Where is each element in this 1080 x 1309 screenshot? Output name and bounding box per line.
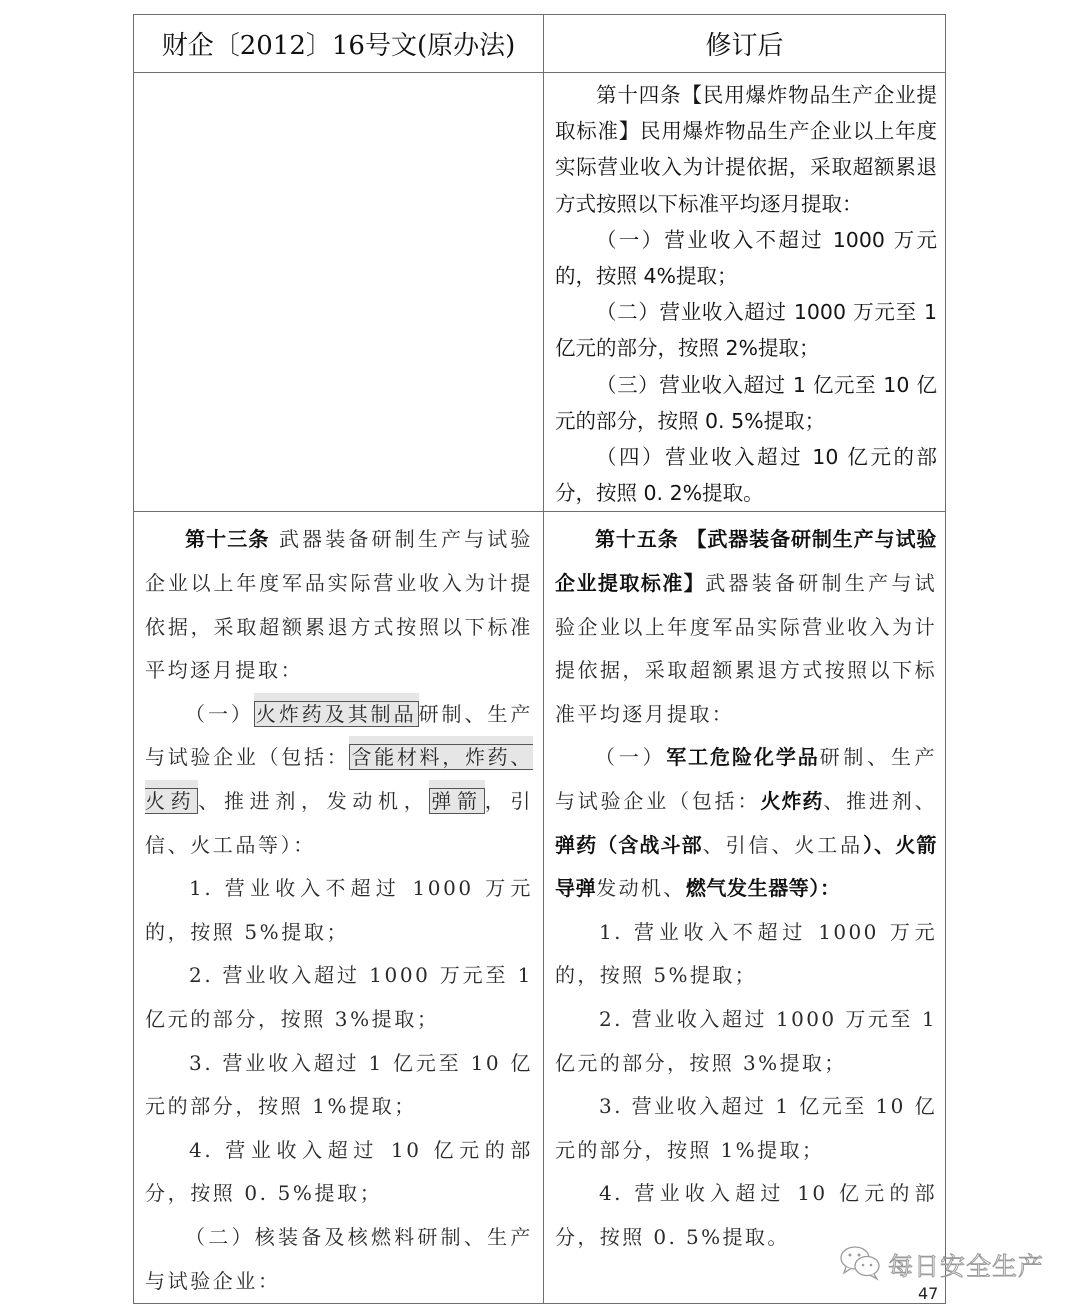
- wechat-icon: [838, 1243, 884, 1287]
- watermark-text: 每日安全生产: [888, 1247, 1044, 1283]
- category-prefix: （一）: [185, 702, 254, 726]
- cell-revised-article-14: 第十四条【民用爆炸物品生产企业提取标准】民用爆炸物品生产企业以上年度实际营业收入…: [544, 73, 946, 512]
- category-paragraph: （二）核装备及核燃料研制、生产与试验企业：: [145, 1216, 533, 1303]
- header-original: 财企〔2012〕16号文(原办法): [134, 15, 544, 73]
- table-row: 第十四条【民用爆炸物品生产企业提取标准】民用爆炸物品生产企业以上年度实际营业收入…: [134, 73, 946, 512]
- article-paragraph: 第十三条 武器装备研制生产与试验企业以上年度军品实际营业收入为计提依据，采取超额…: [145, 518, 533, 692]
- list-item: 1. 营业收入不超过 1000 万元的，按照 5%提取；: [145, 867, 533, 954]
- comparison-table: 财企〔2012〕16号文(原办法) 修订后 第十四条【民用爆炸物品生产企业提取标…: [133, 14, 946, 1304]
- list-item: （三）营业收入超过 1 亿元至 10 亿元的部分，按照 0. 5%提取；: [555, 367, 937, 439]
- category-text: 、推进剂、: [823, 789, 937, 813]
- article-paragraph: 第十四条【民用爆炸物品生产企业提取标准】民用爆炸物品生产企业以上年度实际营业收入…: [555, 77, 937, 222]
- list-item: 2. 营业收入超过 1000 万元至 1 亿元的部分，按照 3%提取；: [555, 998, 937, 1085]
- category-text: 发动机、: [596, 876, 686, 900]
- header-revised: 修订后: [544, 15, 946, 73]
- category-paragraph: （一）军工危险化学品研制、生产与试验企业（包括：火炸药、推进剂、弹药（含战斗部、…: [555, 736, 937, 910]
- category-prefix: （一）: [595, 745, 666, 769]
- list-item: （二）营业收入超过 1000 万元至 1 亿元的部分，按照 2%提取；: [555, 294, 937, 366]
- cell-original-empty: [134, 73, 544, 512]
- bold-term: 火炸药: [760, 789, 823, 813]
- list-item: 1. 营业收入不超过 1000 万元的，按照 5%提取；: [555, 911, 937, 998]
- table-header-row: 财企〔2012〕16号文(原办法) 修订后: [134, 15, 946, 73]
- page-number: 47: [918, 1284, 938, 1303]
- list-item: 3. 营业收入超过 1 亿元至 10 亿元的部分，按照 1%提取；: [145, 1042, 533, 1129]
- highlighted-term: 火炸药及其制品: [254, 701, 419, 727]
- category-text: 、引信、火工品: [703, 833, 863, 857]
- category-text: 、推进剂，发动机，: [198, 789, 429, 813]
- list-item: 4. 营业收入超过 10 亿元的部分，按照 0. 5%提取；: [145, 1129, 533, 1216]
- highlighted-term: 弹箭: [429, 788, 484, 814]
- cell-revised-article-15: 第十五条 【武器装备研制生产与试验企业提取标准】武器装备研制生产与试验企业以上年…: [544, 512, 946, 1304]
- bold-term: 燃气发生器等）：: [686, 876, 841, 900]
- list-item: （四）营业收入超过 10 亿元的部分，按照 0. 2%提取。: [555, 439, 937, 511]
- article-paragraph: 第十五条 【武器装备研制生产与试验企业提取标准】武器装备研制生产与试验企业以上年…: [555, 518, 937, 736]
- list-item: 2. 营业收入超过 1000 万元至 1 亿元的部分，按照 3%提取；: [145, 954, 533, 1041]
- cell-original-article-13: 第十三条 武器装备研制生产与试验企业以上年度军品实际营业收入为计提依据，采取超额…: [134, 512, 544, 1304]
- list-item: 3. 营业收入超过 1 亿元至 10 亿元的部分，按照 1%提取；: [555, 1085, 937, 1172]
- bold-term: 军工危险化学品: [666, 745, 820, 769]
- bold-term: 弹药（含战斗部: [555, 833, 703, 857]
- table-row: 第十三条 武器装备研制生产与试验企业以上年度军品实际营业收入为计提依据，采取超额…: [134, 512, 946, 1304]
- article-title: 第十三条: [185, 527, 270, 551]
- watermark: 每日安全生产: [838, 1243, 1044, 1287]
- category-paragraph: （一）火炸药及其制品研制、生产与试验企业（包括：含能材料，炸药、火药、推进剂，发…: [145, 693, 533, 867]
- list-item: （一）营业收入不超过 1000 万元的，按照 4%提取；: [555, 222, 937, 294]
